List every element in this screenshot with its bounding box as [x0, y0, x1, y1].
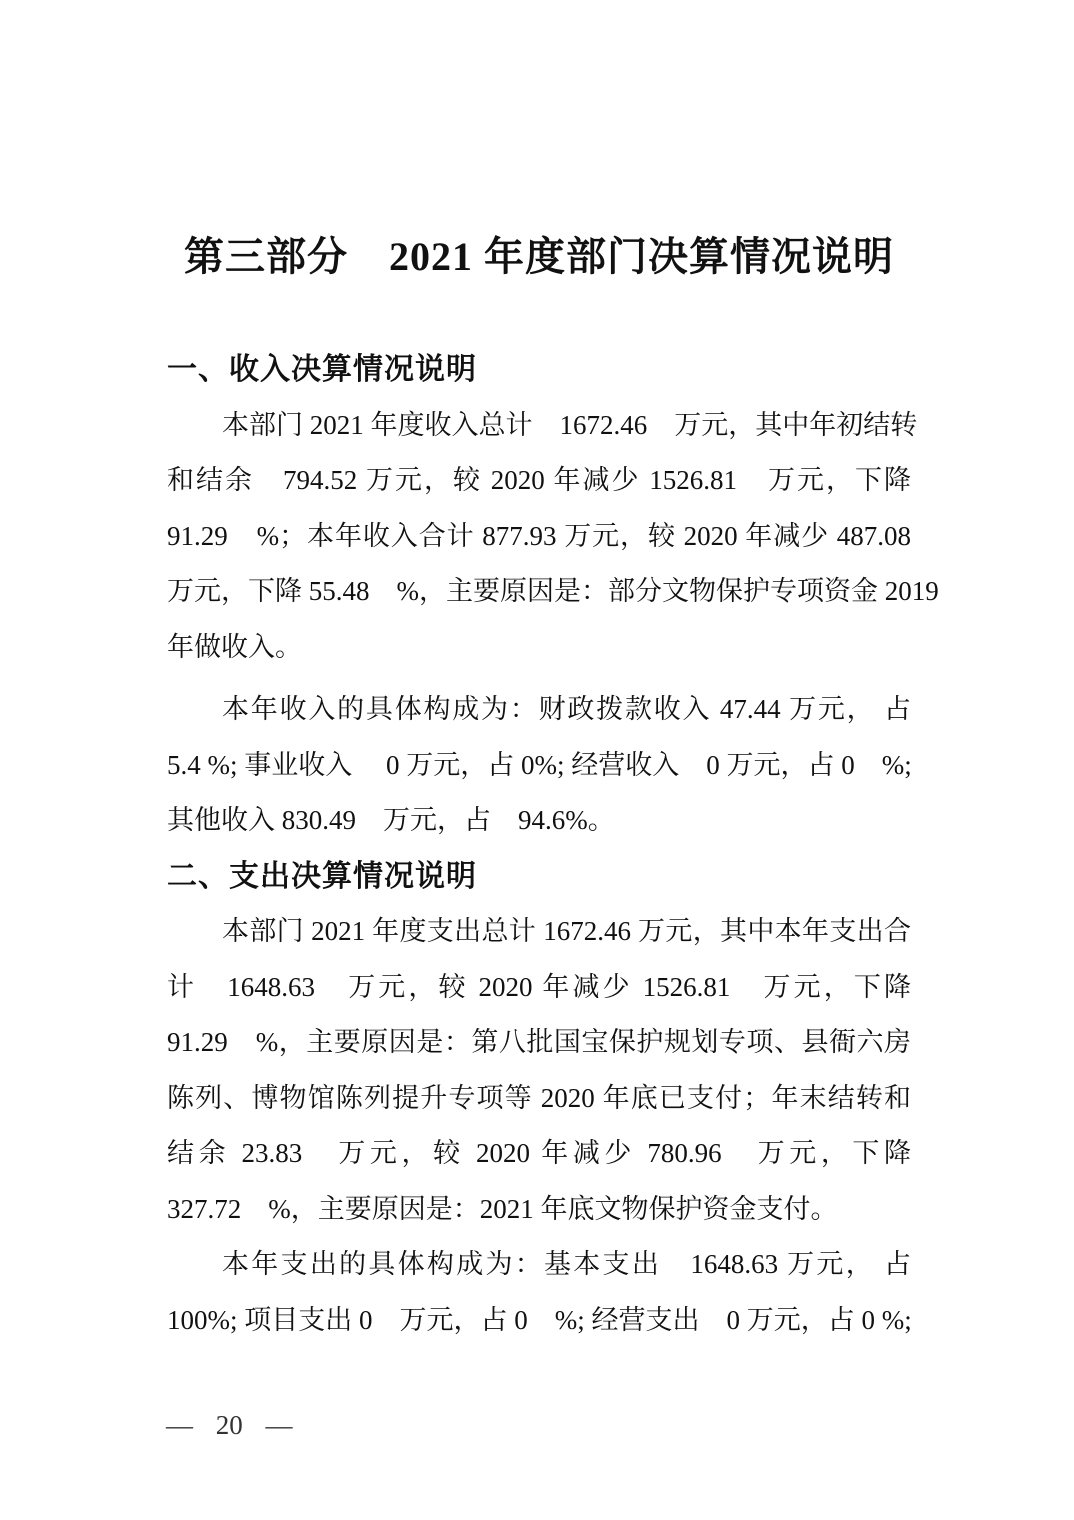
page-number: — 20 — [166, 1410, 293, 1440]
text-line: 本年支出的具体构成为：基本支出 1648.63 万元， 占 [167, 1237, 911, 1293]
text-line: 本部门 2021 年度支出总计 1672.46 万元，其中本年支出合 [167, 904, 911, 960]
text-line: 结余 23.83 万元，较 2020 年减少 780.96 万元，下降 [167, 1126, 911, 1182]
document-page: 第三部分 2021 年度部门决算情况说明 一、收入决算情况说明 本部门 2021… [0, 0, 1074, 1520]
text-line: 327.72 %，主要原因是：2021 年底文物保护资金支付。 [167, 1182, 911, 1238]
text-line: 91.29 %，主要原因是：第八批国宝保护规划专项、县衙六房 [167, 1015, 911, 1071]
text-line: 万元，下降 55.48 %，主要原因是：部分文物保护专项资金 2019 [167, 564, 911, 620]
text-line: 本年收入的具体构成为：财政拨款收入 47.44 万元， 占 [167, 682, 911, 738]
section-heading-income: 一、收入决算情况说明 [167, 342, 911, 398]
text-line: 年做收入。 [167, 620, 911, 676]
text-line: 100%; 项目支出 0 万元，占 0 %; 经营支出 0 万元，占 0 %; [167, 1293, 911, 1349]
paragraph-income-composition: 本年收入的具体构成为：财政拨款收入 47.44 万元， 占 5.4 %; 事业收… [167, 682, 911, 849]
document-title: 第三部分 2021 年度部门决算情况说明 [167, 226, 911, 288]
text-line: 陈列、博物馆陈列提升专项等 2020 年底已支付；年末结转和 [167, 1071, 911, 1127]
text-line: 和结余 794.52 万元，较 2020 年减少 1526.81 万元，下降 [167, 453, 911, 509]
text-line: 其他收入 830.49 万元，占 94.6%。 [167, 793, 911, 849]
paragraph-expenditure-composition: 本年支出的具体构成为：基本支出 1648.63 万元， 占 100%; 项目支出… [167, 1237, 911, 1348]
paragraph-expenditure-summary: 本部门 2021 年度支出总计 1672.46 万元，其中本年支出合 计 164… [167, 904, 911, 1237]
text-line: 91.29 %；本年收入合计 877.93 万元，较 2020 年减少 487.… [167, 509, 911, 565]
text-line: 本部门 2021 年度收入总计 1672.46 万元，其中年初结转 [167, 398, 911, 454]
text-line: 5.4 %; 事业收入 0 万元，占 0%; 经营收入 0 万元，占 0 %; [167, 738, 911, 794]
paragraph-income-summary: 本部门 2021 年度收入总计 1672.46 万元，其中年初结转 和结余 79… [167, 398, 911, 676]
section-heading-expenditure: 二、支出决算情况说明 [167, 849, 911, 905]
text-line: 计 1648.63 万元，较 2020 年减少 1526.81 万元，下降 [167, 960, 911, 1016]
page-footer: — 20 — [166, 1398, 293, 1453]
page-content: 第三部分 2021 年度部门决算情况说明 一、收入决算情况说明 本部门 2021… [167, 0, 911, 1348]
